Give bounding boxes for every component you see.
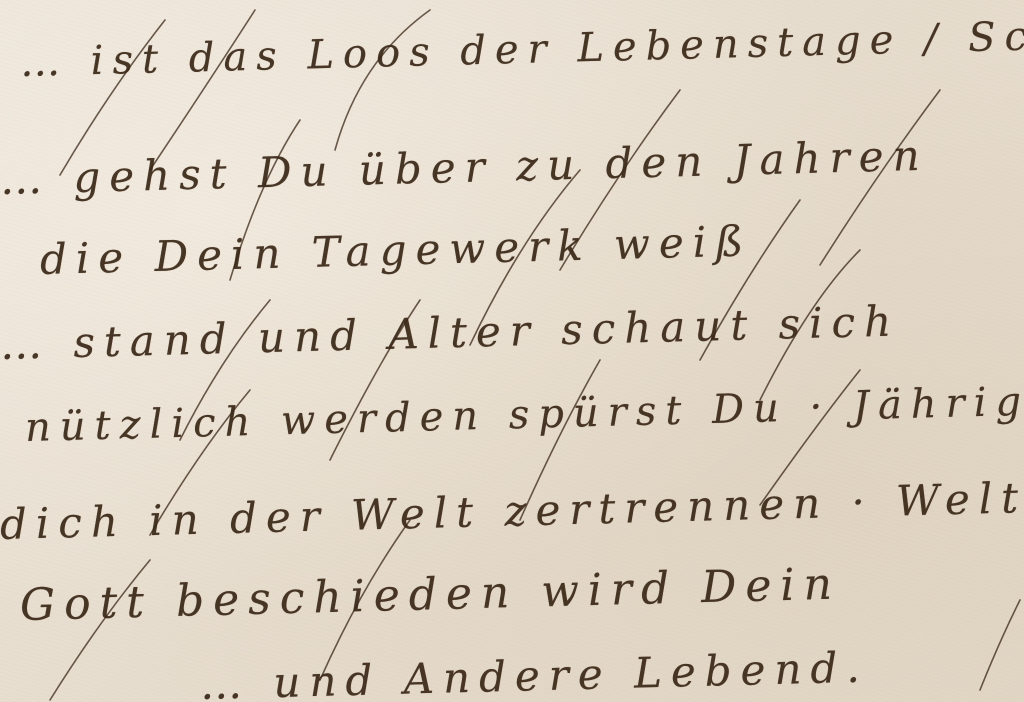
ascender-strokes <box>0 0 1024 702</box>
